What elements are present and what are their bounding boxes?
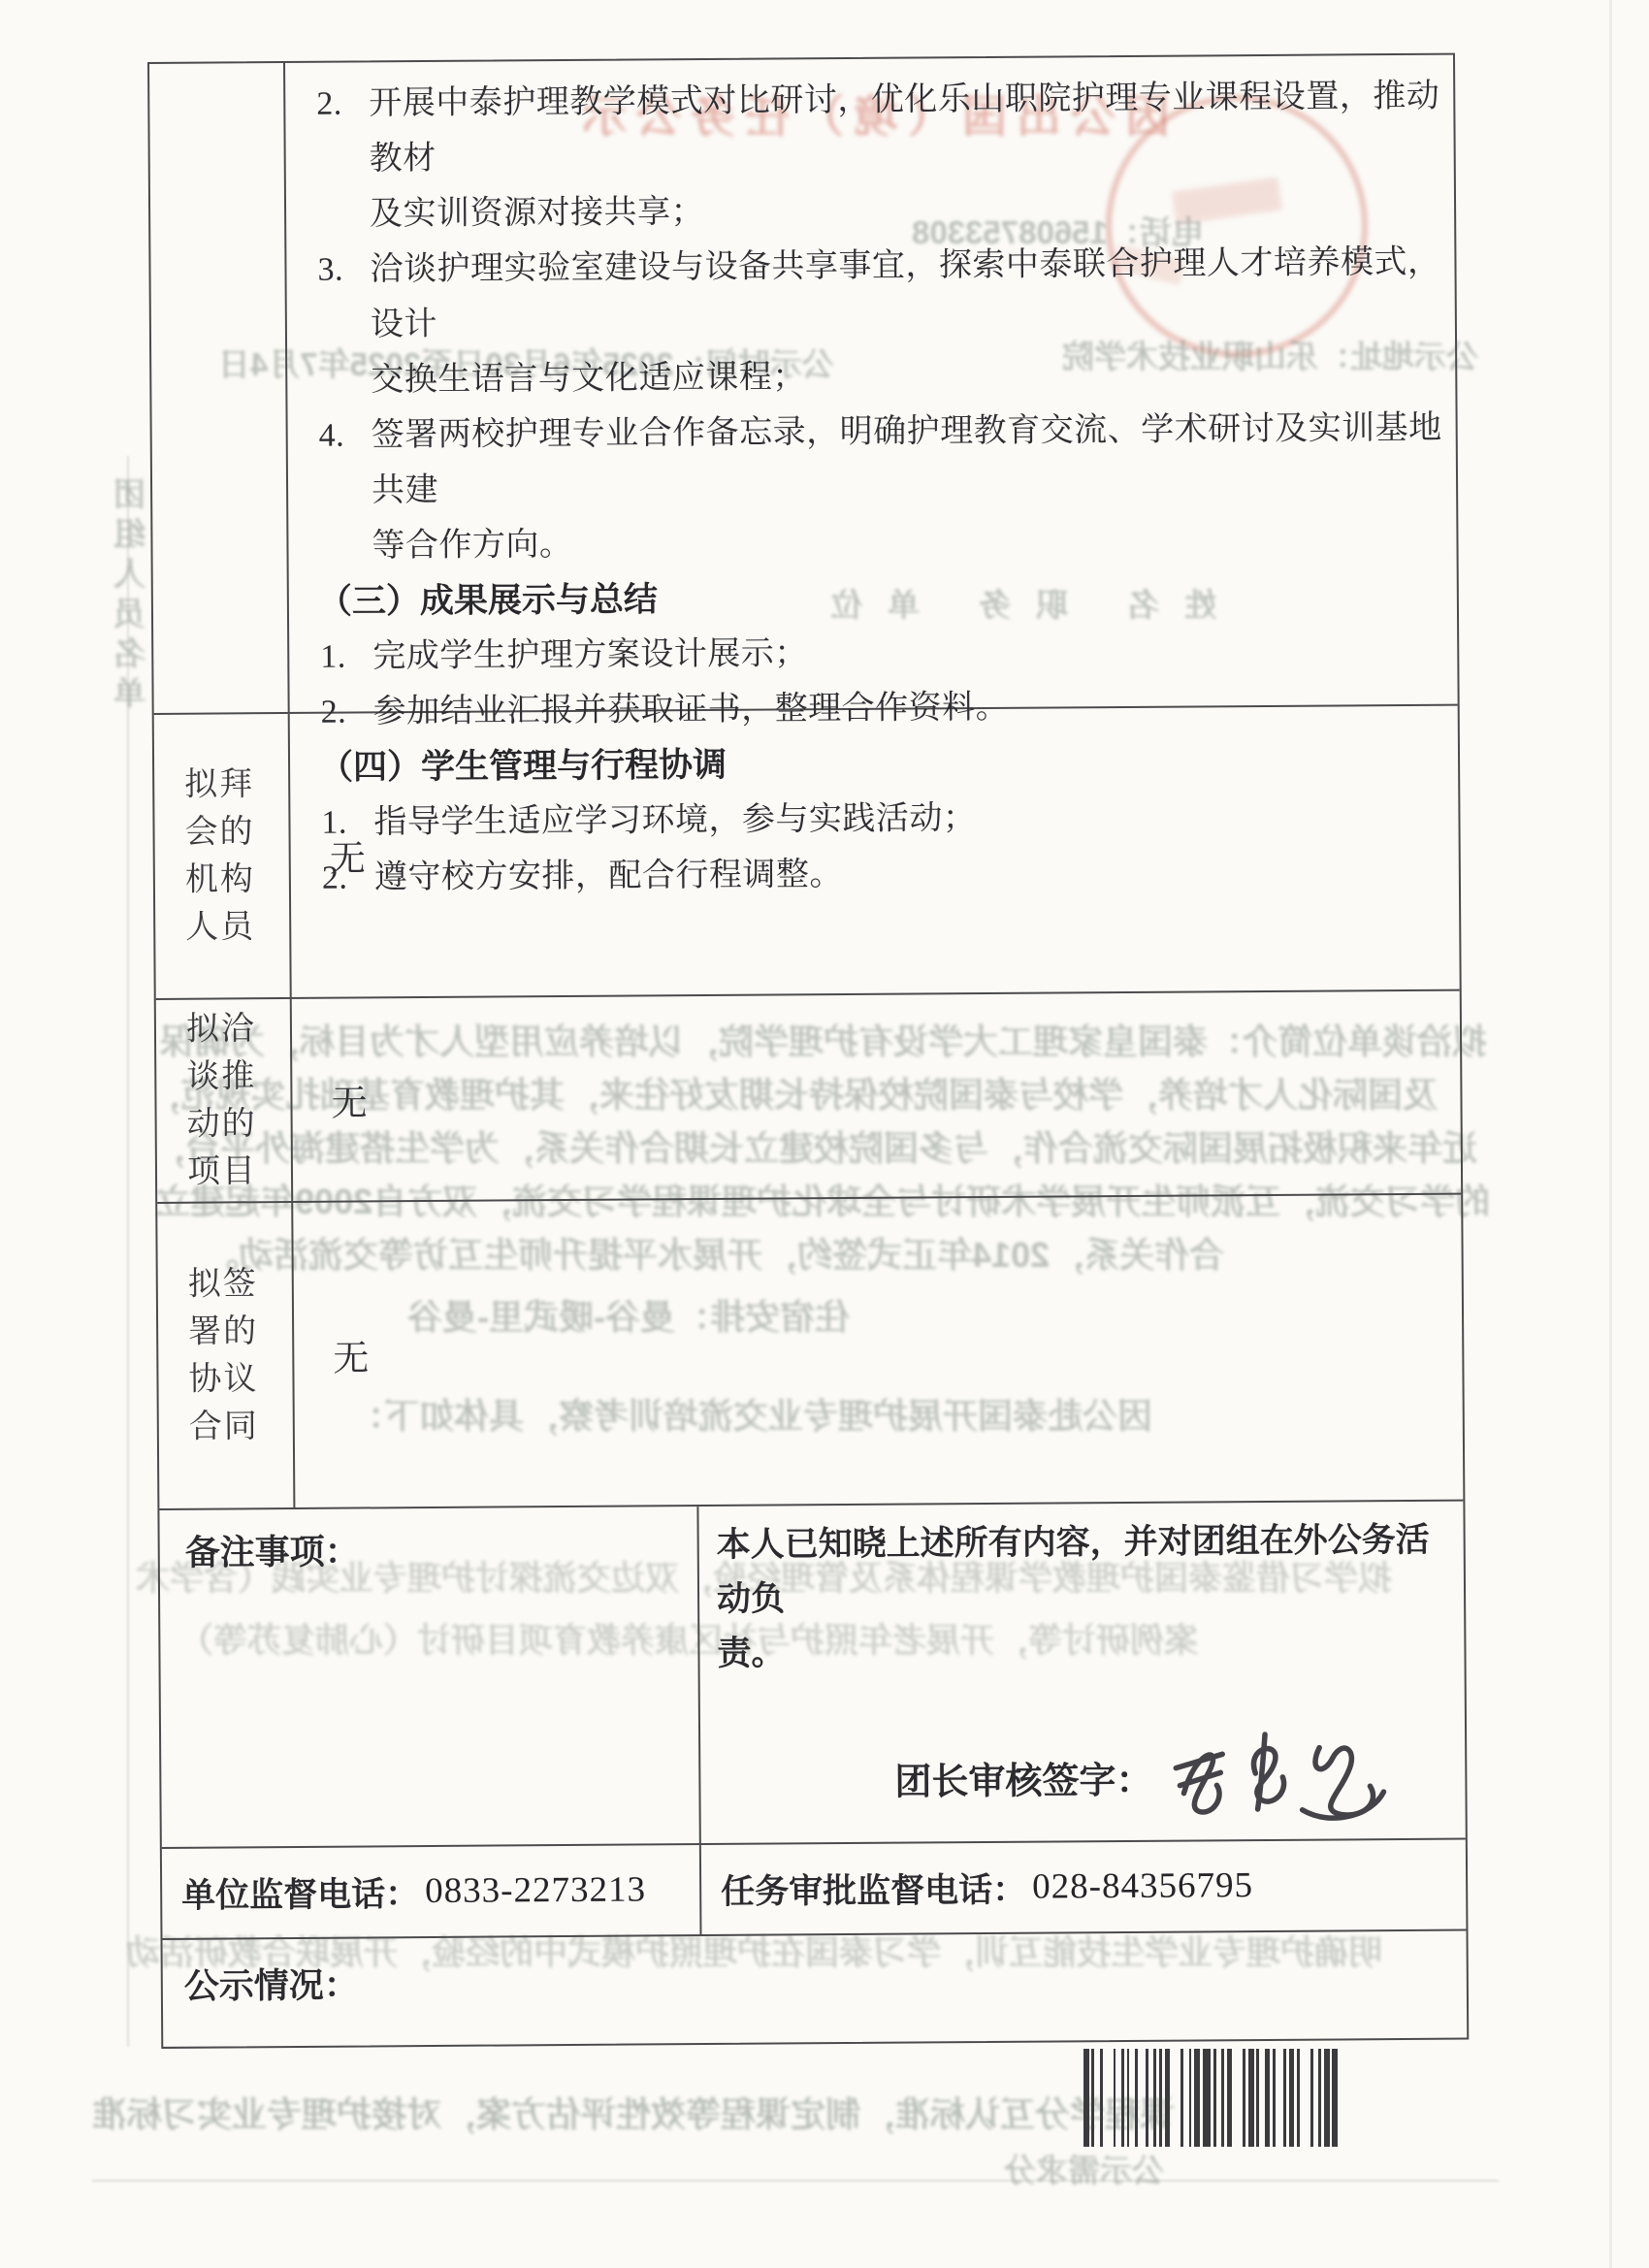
task-item: 1. 完成学生护理方案设计展示； bbox=[305, 622, 1447, 685]
row-label-cell: 拟拜会的机构人员 bbox=[154, 714, 292, 998]
task-text: 指导学生适应学习环境，参与实践活动； bbox=[373, 800, 976, 840]
table-row-supervision: 单位监督电话： 0833-2273213 任务审批监督电话： 028-84356… bbox=[162, 1839, 1467, 1940]
signature-label: 团长审核签字： bbox=[894, 1758, 1153, 1830]
acknowledgement-line: 本人已知晓上述所有内容，并对团组在外公务活动负 bbox=[716, 1512, 1446, 1626]
bleed-through-line bbox=[92, 2180, 1499, 2182]
bleed-through-text: 课程学分互认标准，制定课程等效性评估方案，对接护理专业实习标准 bbox=[92, 2088, 1175, 2137]
acknowledgement-line: 责。 bbox=[717, 1621, 1446, 1680]
row-label: 拟拜会的机构人员 bbox=[184, 761, 259, 952]
task-item: 4. 签署两校护理专业合作备忘录，明确护理教育交流、学术研讨及实训基地共建 bbox=[303, 401, 1446, 519]
task-text: 洽谈护理实验室建设与设备共享事宜，探索中泰联合护理人才培养模式，设计 bbox=[370, 244, 1440, 343]
signature-row: 团长审核签字： bbox=[894, 1716, 1390, 1831]
item-number: 1. bbox=[321, 795, 347, 851]
table-row-projects: 拟洽谈推动的项目 无 bbox=[156, 991, 1461, 1204]
tasks-cell: 2. 开展中泰护理教学模式对比研讨，优化乐山职院护理专业课程设置，推动教材 及实… bbox=[285, 55, 1458, 712]
section-heading: （三）成果展示与总结 bbox=[305, 567, 1447, 630]
task-item: 1. 指导学生适应学习环境，参与实践活动； bbox=[306, 788, 1448, 851]
task-item: 2. 参加结业汇报并获取证书，整理合作资料。 bbox=[305, 677, 1447, 740]
task-text: 完成学生护理方案设计展示； bbox=[372, 635, 808, 674]
task-phone-cell: 任务审批监督电话： 028-84356795 bbox=[701, 1839, 1467, 1934]
row-value: 无 bbox=[331, 1073, 367, 1125]
remarks-statement-cell: 本人已知晓上述所有内容，并对团组在外公务活动负 责。 团长审核签字： bbox=[698, 1501, 1465, 1842]
row-label-cell: 拟洽谈推动的项目 bbox=[156, 999, 293, 1201]
form-table: 2. 开展中泰护理教学模式对比研讨，优化乐山职院护理专业课程设置，推动教材 及实… bbox=[147, 53, 1469, 2049]
empty-label-cell bbox=[149, 63, 290, 713]
item-number: 2. bbox=[316, 77, 342, 132]
table-row-remarks: 备注事项： 本人已知晓上述所有内容，并对团组在外公务活动负 责。 团长审核签字： bbox=[159, 1501, 1465, 1848]
publicity-cell: 公示情况： bbox=[163, 1931, 1468, 2047]
table-row-tasks: 2. 开展中泰护理教学模式对比研讨，优化乐山职院护理专业课程设置，推动教材 及实… bbox=[149, 55, 1458, 715]
task-text: 开展中泰护理教学模式对比研讨，优化乐山职院护理专业课程设置，推动教材 bbox=[369, 79, 1439, 178]
task-text-cont: 等合作方向。 bbox=[304, 511, 1446, 574]
row-label: 拟洽谈推动的项目 bbox=[186, 1005, 261, 1196]
scanned-document-page: 因公出国（境）任务公示 电话：15608753308 公示时间：2025年6月3… bbox=[0, 0, 1649, 2268]
row-value: 无 bbox=[333, 1328, 369, 1380]
item-number: 1. bbox=[320, 630, 346, 685]
unit-phone-cell: 单位监督电话： 0833-2273213 bbox=[162, 1845, 702, 1939]
task-text-cont: 交换生语言与文化适应课程； bbox=[303, 345, 1445, 408]
leader-signature bbox=[1156, 1716, 1390, 1834]
bleed-through-line bbox=[127, 456, 129, 2047]
task-item: 3. 洽谈护理实验室建设与设备共享事宜，探索中泰联合护理人才培养模式，设计 bbox=[302, 235, 1445, 353]
task-text: 参加结业汇报并获取证书，整理合作资料。 bbox=[373, 690, 1010, 730]
task-phone-label: 任务审批监督电话： bbox=[721, 1863, 1026, 1914]
task-text-cont: 及实训资源对接共享； bbox=[302, 179, 1444, 243]
unit-phone-label: 单位监督电话： bbox=[181, 1867, 419, 1918]
item-number: 4. bbox=[318, 408, 344, 464]
remarks-label: 备注事项： bbox=[185, 1531, 360, 1571]
remarks-label-cell: 备注事项： bbox=[159, 1507, 700, 1847]
row-label-cell: 拟签署的协议合同 bbox=[157, 1203, 295, 1508]
task-text: 遵守校方安排，配合行程调整。 bbox=[374, 857, 843, 895]
table-row-agreements: 拟签署的协议合同 无 bbox=[157, 1194, 1463, 1509]
barcode bbox=[1083, 2049, 1338, 2147]
item-number: 3. bbox=[317, 243, 343, 298]
bleed-through-text: 公示需求分 bbox=[1004, 2146, 1164, 2191]
bleed-through-text: 团组人员名单 bbox=[109, 477, 154, 716]
item-number: 2. bbox=[320, 685, 346, 740]
row-value-cell: 无 bbox=[292, 991, 1461, 1201]
task-item: 2. 开展中泰护理教学模式对比研讨，优化乐山职院护理专业课程设置，推动教材 bbox=[301, 69, 1444, 187]
task-item: 2. 遵守校方安排，配合行程调整。 bbox=[307, 843, 1449, 906]
row-label: 拟签署的协议合同 bbox=[188, 1260, 263, 1451]
task-text: 签署两校护理专业合作备忘录，明确护理教育交流、学术研讨及实训基地共建 bbox=[372, 410, 1442, 509]
row-value-cell: 无 bbox=[293, 1194, 1463, 1507]
task-phone-number: 028-84356795 bbox=[1032, 1865, 1253, 1909]
unit-phone-number: 0833-2273213 bbox=[425, 1869, 646, 1913]
publicity-label: 公示情况： bbox=[184, 1965, 359, 2006]
table-row-publicity: 公示情况： bbox=[163, 1931, 1468, 2047]
item-number: 2. bbox=[322, 851, 348, 906]
